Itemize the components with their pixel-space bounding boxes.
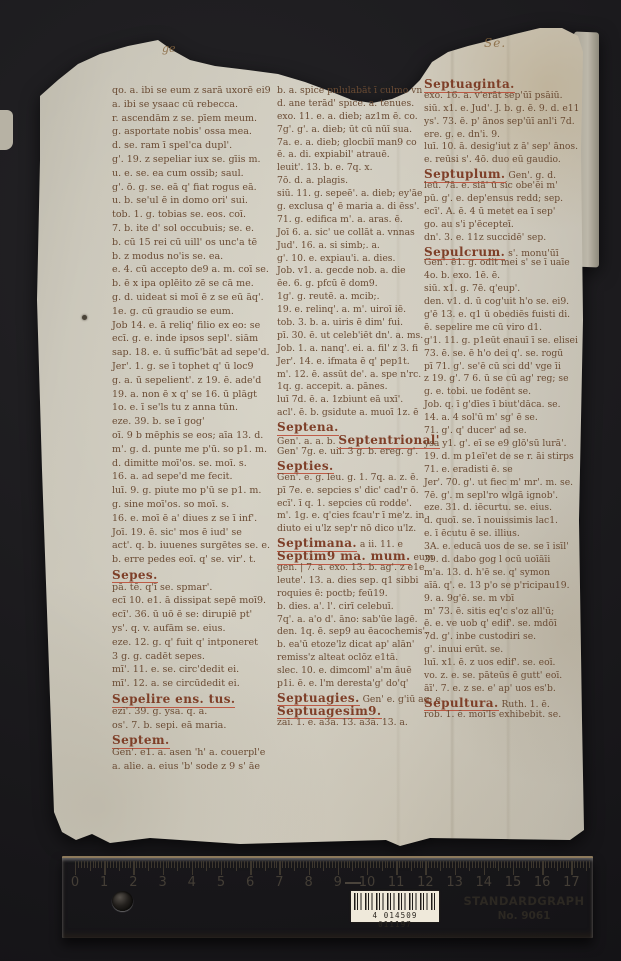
ruler-tick <box>452 861 453 868</box>
ruler-tick <box>125 861 126 868</box>
ruler-model-number: No. 9061 <box>460 910 588 922</box>
entry-text: pū. g'. e. dep'ensus redd; sep. <box>424 193 563 204</box>
entry-text: oī. 9 b mēphis se eos; aīa 13. d. <box>112 430 263 441</box>
ruler-tick <box>458 861 459 868</box>
entry-text: ē. e. ve uob q' edif'. se. mdōī <box>424 618 557 629</box>
ruler-number: 10 <box>359 875 376 890</box>
entry-text: 19. e. relinq'. a. m'. uiroī iē. <box>277 304 406 315</box>
manuscript-line: b. erre pedes eoī. q' se. vir'. t. <box>112 555 274 569</box>
entry-text: mī'. 11. e. se. circ'dedit ei. <box>112 664 239 675</box>
ruler-number: 4 <box>188 875 196 890</box>
entry-text: tob. 3. b. a. uiris ē dim' fui. <box>277 317 403 328</box>
entry-text: leū. 7ā. e. siā' ū sic obe'ēi m' <box>424 180 558 191</box>
entry-text: g'1. 11. g. p1eūt enauī ī se. elisei <box>424 335 578 346</box>
manuscript-line: p1i. ē. e. l'm deresta'g' do'q' <box>277 679 435 692</box>
ruler-number: 13 <box>446 875 463 890</box>
manuscript-line: rob. 1. ē. moī'ls exhibebit. se. <box>424 710 578 723</box>
ruler-tick <box>98 861 99 868</box>
ruler-tick <box>253 861 254 868</box>
entry-text: 3 g. g. cadēt sepes. <box>112 651 205 662</box>
entry-text: āī'. 7. e. z se. e' ap' uos es'b. <box>424 683 556 694</box>
entry-text: luī 7d. ē. a. 1zbiunt eā uxī'. <box>277 394 403 405</box>
entry-text: d. ane terād' spice. a. tenues. <box>277 98 414 109</box>
entry-text: ē. sepelire me cū viro d1. <box>424 322 542 333</box>
ruler-tick <box>487 861 488 868</box>
manuscript-line: Sepes. <box>112 569 274 583</box>
ruler-tick <box>504 861 505 868</box>
entry-text: ecī'. ī q. 1. sepcies cū rodde'. <box>277 498 412 509</box>
ruler-tick <box>440 861 441 871</box>
entry-text: 7ē. g'. m sepl'ro wlgā ignob'. <box>424 490 558 501</box>
barcode-bars-icon <box>354 893 436 910</box>
ruler-tick <box>446 861 447 868</box>
entry-text: Gen'. ē1. g. odit mei s' se ī uaīe <box>424 257 570 268</box>
ruler-tick <box>589 861 590 868</box>
ruler-tick <box>571 861 572 875</box>
ruler-tick <box>481 861 482 868</box>
manuscript-line: g'. ō. g. se. eā q' fiat rogus eā. <box>112 183 274 197</box>
ruler-tick <box>361 861 362 868</box>
entry-text: Gen' 7g. e. uii. 3 g. b. ereg. g'. <box>277 446 418 457</box>
entry-text: g'. inuui erūt. se. <box>424 644 503 655</box>
entry-text: sap. 18. e. ū suffic'bāt ad sepe'd. <box>112 347 270 358</box>
manuscript-line: 16. a. ad sepe'd me fecit. <box>112 472 274 486</box>
entry-text: den. 1q. ē. sep9 au ēacochemis'. <box>277 626 428 637</box>
ruler-tick <box>282 861 283 868</box>
ruler-tick <box>498 861 499 871</box>
ruler-tick <box>411 861 412 871</box>
manuscript-line: qo. a. ibi se eum z sarā uxorē ei9 <box>112 86 274 100</box>
ruler-tick <box>531 861 532 868</box>
ruler-tick <box>335 861 336 868</box>
ruler-tick <box>548 861 549 868</box>
ruler-tick <box>352 861 353 871</box>
ruler-tick <box>145 861 146 868</box>
manuscript-line: g. asportate nobis' ossa mea. <box>112 127 274 141</box>
ruler-tick <box>314 861 315 868</box>
manuscript-line: Septem. <box>112 734 274 748</box>
entry-text: pī 7e. e. sepcies s' dic' cad'r ō. <box>277 485 419 496</box>
ruler-tick <box>306 861 307 868</box>
ruler-tick <box>233 861 234 868</box>
manuscript-line: a. alie. a. eius 'b' sode z 9 s' āe <box>112 762 274 776</box>
ruler-tick <box>262 861 263 868</box>
manuscript-line: zaī. 1. e. a3a. 13. a3ā. 13. a. <box>277 718 435 731</box>
entry-text: 3A. e. educā uos de se. se ī isīl' <box>424 541 569 552</box>
manuscript-line: 19. a. non ē x q' se 16. ū plāgt <box>112 390 274 404</box>
ruler-tick <box>583 861 584 868</box>
manuscript-line: Sepelire ens. tus. <box>112 693 274 707</box>
entry-text: m'a. 13. d. h'ē se. q' symon <box>424 567 550 578</box>
photograph-background: ge Se. qo. a. ibi se eum z sarā uxorē ei… <box>0 0 621 961</box>
ruler-tick <box>536 861 537 868</box>
entry-text: m'. 12. ē. assūt de'. a. spe n'rc. <box>277 369 421 380</box>
manuscript-line: b. ē x ipa oplēito zē se cā me. <box>112 279 274 293</box>
ruler-tick <box>528 861 529 871</box>
ruler-tick <box>507 861 508 868</box>
entry-text: act'. q. b. iuuenes surgētes se. e. <box>112 540 270 551</box>
entry-text: 14. a. 4 sol'ū m' sg' ē se. <box>424 412 538 423</box>
ruler-tick <box>402 861 403 868</box>
entry-text: den. v1. d. ū cog'uit h'o se. ei9. <box>424 296 569 307</box>
ruler-tick <box>206 861 207 871</box>
entry-text: 19. d. m p1eī'et de se r. āi stirps <box>424 451 574 462</box>
ruler-tick <box>151 861 152 868</box>
ruler-tick <box>519 861 520 868</box>
entry-text: exo. 11. e. a. dieb; az1m ē. co. <box>277 111 418 122</box>
manuscript-line: ys'. q. v. aufām se. eius. <box>112 624 274 638</box>
ruler-tick <box>274 861 275 868</box>
manuscript-line: g. d. uideat si moī ē z se eū āq'. <box>112 293 274 307</box>
ruler-tick <box>580 861 581 868</box>
manuscript-line: act'. q. b. iuuenes surgētes se. e. <box>112 541 274 555</box>
ruler-tick <box>174 861 175 868</box>
manuscript-line: g'. 19. z sepeliar iux se. gīis m. <box>112 155 274 169</box>
ruler-tick <box>449 861 450 868</box>
ruler-tick <box>227 861 228 868</box>
ruler-tick <box>312 861 313 868</box>
ruler-tick <box>130 861 131 868</box>
ruler-tick <box>376 861 377 868</box>
ruler-tick <box>577 861 578 868</box>
manuscript-line: d. se. ram ī spel'ca dupl'. <box>112 141 274 155</box>
entry-text: eze. 12. g. q' fuit q' intponeret <box>112 637 258 648</box>
manuscript-line: dn'. 3. e. 11z succidē' sep. <box>424 233 578 246</box>
manuscript-line: a. ibi se ysaac cū rebecca. <box>112 100 274 114</box>
ruler-hanging-hole <box>112 891 133 911</box>
ruler-tick <box>533 861 534 868</box>
ruler-tick <box>358 861 359 868</box>
manuscript-line: 1o. e. ī se'ls tu z anna tūn. <box>112 403 274 417</box>
entry-text: g. e. tobi. ue fodēnt se. <box>424 386 531 397</box>
manuscript-column-left: qo. a. ibi se eum z sarā uxorē ei9a. ibi… <box>112 86 274 776</box>
ruler-tick <box>545 861 546 868</box>
entry-text: 4o. b. exo. 1ē. ē. <box>424 270 500 281</box>
ruler-tick <box>405 861 406 868</box>
ruler-tick <box>171 861 172 868</box>
manuscript-line: 16. e. moī ē a' diues z se ī inf'. <box>112 514 274 528</box>
ruler-tick <box>317 861 318 868</box>
ruler-tick <box>443 861 444 868</box>
entry-text: zaī. 1. e. a3a. 13. a3ā. 13. a. <box>277 717 408 728</box>
entry-text: Joī 6. a. sic' ue collāt a. vnnas <box>277 227 415 238</box>
ruler-tick <box>183 861 184 868</box>
ruler-dash-mark <box>345 882 361 884</box>
manuscript-line: d. dimitte moī'os. se. moī. s. <box>112 459 274 473</box>
entry-text: mī'. 12. a. se circūdedit ei. <box>112 678 240 689</box>
entry-text: 71. g'. q' ducer' ad se. <box>424 425 527 436</box>
ruler-tick <box>542 861 543 875</box>
ruler-tick <box>408 861 409 868</box>
entry-text: 7a. e. a. dieb; glocbiī man9 co <box>277 137 417 148</box>
ruler-number: 7 <box>275 875 283 890</box>
ruler-tick <box>349 861 350 868</box>
entry-text: Jud'. 16. a. si simb;. a. <box>277 240 380 251</box>
ruler-tick <box>513 861 514 875</box>
entry-text: g. sine moī'os. so moī. s. <box>112 499 229 510</box>
ruler-tick <box>104 861 105 875</box>
entry-text: 19. a. non ē x q' se 16. ū plāgt <box>112 389 257 400</box>
manuscript-line: mī'. 11. e. se. circ'dedit ei. <box>112 665 274 679</box>
ruler-tick <box>224 861 225 868</box>
entry-text: g'. ō. g. se. eā q' fiat rogus eā. <box>112 182 257 193</box>
ruler-tick <box>294 861 295 871</box>
ruler-tick <box>203 861 204 868</box>
ruler-tick <box>209 861 210 868</box>
ruler-tick <box>81 861 82 868</box>
entry-text: 73. ē. se. ē h'o dei q'. se. rogū <box>424 348 563 359</box>
entry-text: g. exclusa q' ē maria a. di ēss'. <box>277 201 419 212</box>
manuscript-line: mī'. 12. a. se circūdedit ei. <box>112 679 274 693</box>
entry-text: pā. tē. q'ī se. spmar'. <box>112 582 212 593</box>
ruler-tick <box>95 861 96 868</box>
manuscript-line: tob. 1. g. tobias se. eos. coī. <box>112 210 274 224</box>
manuscript-line: Job 14. e. ā reliq' filio ex eo: se <box>112 321 274 335</box>
ruler-tick <box>250 861 251 875</box>
ruler-tick <box>586 861 587 871</box>
entry-text: slec. 10. e. dimcoml' a'm āuē <box>277 665 412 676</box>
ruler-tick <box>554 861 555 868</box>
manuscript-line: 1e. g. cū graudio se eum. <box>112 307 274 321</box>
entry-text: pī. 30. ē. ut celeb'iēt dn'. a. ms. <box>277 330 423 341</box>
ruler-tick <box>268 861 269 868</box>
entry-text: 9. a. 9g'ē. se. m vbī <box>424 593 514 604</box>
ruler-tick <box>288 861 289 868</box>
entry-text: 1o. e. ī se'ls tu z anna tūn. <box>112 402 238 413</box>
manuscript-line: Septuagies. Gen' e. g'iū ag. e <box>277 692 435 705</box>
ruler-tick <box>259 861 260 868</box>
manuscript-line: Joī. 19. ē. sic' mos ē iud' se <box>112 528 274 542</box>
entry-text: Job 14. e. ā reliq' filio ex eo: se <box>112 320 260 331</box>
ruler-number: 2 <box>129 875 137 890</box>
entry-text: ecī. g. e. inde ipsos sepl'. siām <box>112 333 258 344</box>
ruler-number: 16 <box>534 875 551 890</box>
entry-text: siū. x1. g. 7ē. q'eup'. <box>424 283 520 294</box>
manuscript-line: ecī'. 36. ū uō ē se: dirupiē pt' <box>112 610 274 624</box>
ruler-tick <box>309 861 310 875</box>
ruler-barcode: 4 014509 011197 <box>351 891 439 922</box>
ruler-tick <box>107 861 108 868</box>
entry-text: r. ascendām z se. pīem meum. <box>112 113 257 124</box>
ruler-tick <box>241 861 242 868</box>
manuscript-line: 7. b. ite d' sol occubuis; se. e. <box>112 224 274 238</box>
ruler-tick <box>230 861 231 868</box>
ruler-number: 8 <box>304 875 312 890</box>
ruler-tick <box>276 861 277 868</box>
entry-text: ēe. 6. g. pfcū ē dom9. <box>277 278 378 289</box>
entry-text: 1e. g. cū graudio se eum. <box>112 306 234 317</box>
entry-text: 7d. g'. inbe custodiri se. <box>424 631 536 642</box>
entry-text: d. se. ram ī spel'ca dupl'. <box>112 140 232 151</box>
ruler-tick <box>157 861 158 868</box>
ruler-tick <box>195 861 196 868</box>
entry-text: diuto ei u'lz sep'r nō dico u'lz. <box>277 523 416 534</box>
entry-text: ys'. 73. ē. p' ānos sep'ūī anl'i 7d. <box>424 116 575 127</box>
ruler-number: 17 <box>563 875 580 890</box>
ruler-tick <box>493 861 494 868</box>
ruler-tick <box>551 861 552 868</box>
ruler-tick <box>148 861 149 871</box>
manuscript-line: b. z modus no'is se. ea. <box>112 252 274 266</box>
ruler-tick <box>367 861 368 875</box>
ruler-tick <box>338 861 339 875</box>
entry-text: acl'. ē. b. gsidute a. muoī 1z. ē <box>277 407 419 418</box>
entry-text: vo. z. e. se. pāteūs ē gutt' eoī. <box>424 670 562 681</box>
entry-text: 16. e. moī ē a' diues z se ī inf'. <box>112 513 257 524</box>
ruler-tick <box>390 861 391 868</box>
ruler-tick <box>355 861 356 868</box>
entry-text: Job. v1. a. gecde nob. a. die <box>277 265 406 276</box>
manuscript-line: os'. 7. b. sepi. eā maria. <box>112 721 274 735</box>
ruler-tick <box>341 861 342 868</box>
ruler-tick <box>522 861 523 868</box>
ruler-tick <box>478 861 479 868</box>
entry-text: gen. | 7. a. exo. 13. b. ag'. z e1e <box>277 562 424 573</box>
entry-text: 71. e. eradisti ē. se <box>424 464 513 475</box>
ruler-tick <box>297 861 298 868</box>
entry-text: pī 71. g'. se'ē cū sci dd' vge īi <box>424 361 561 372</box>
entry-text: u. b. se'ul ē in domo ori' sui. <box>112 195 248 206</box>
entry-text: b. ea'ū etoze'lz dicat ap' alān' <box>277 639 414 650</box>
entry-text: qo. a. ibi se eum z sarā uxorē ei9 <box>112 85 271 96</box>
ruler-tick <box>387 861 388 868</box>
ruler-number: 5 <box>217 875 225 890</box>
entry-text: ys'. q. v. aufām se. eius. <box>112 623 226 634</box>
ruler: 01234567891011121314151617 4 014509 0111… <box>62 856 593 938</box>
entry-text: luī. 9. g. piute mo p'ū se p1. m. <box>112 485 261 496</box>
ruler-number: 15 <box>505 875 522 890</box>
manuscript-line: u. b. se'ul ē in domo ori' sui. <box>112 196 274 210</box>
ruler-tick <box>370 861 371 868</box>
ruler-tick <box>166 861 167 868</box>
ruler-tick <box>428 861 429 868</box>
entry-text: go. au s'i p'ēcepteī. <box>424 219 514 230</box>
wormhole-spot <box>82 315 87 320</box>
entry-text: rob. 1. ē. moī'ls exhibebit. se. <box>424 709 561 720</box>
manuscript-line: m'. g. d. punte me p'ū. so p1. m. <box>112 445 274 459</box>
ruler-tick <box>139 861 140 868</box>
ruler-tick <box>475 861 476 868</box>
ruler-tick <box>385 861 386 868</box>
ruler-tick <box>101 861 102 868</box>
ruler-number: 6 <box>246 875 254 890</box>
manuscript-column-right: Septuaginta.exo. 16. a. v'erāt sep'ūī ps… <box>424 78 578 723</box>
ruler-tick <box>344 861 345 868</box>
ruler-tick <box>303 861 304 868</box>
ruler-tick <box>516 861 517 868</box>
ruler-tick <box>332 861 333 868</box>
entry-text: siū. 11. g. sepeē'. a. dieb; ey'āe <box>277 188 422 199</box>
entry-text: ecī 10. e1. ā dissipat sepē moī9. <box>112 595 266 606</box>
entry-text: e. ī ēcutu ē se. illius. <box>424 528 520 539</box>
running-header-right: Se. <box>484 36 506 50</box>
ruler-tick <box>466 861 467 868</box>
ruler-tick <box>163 861 164 875</box>
ruler-tick <box>168 861 169 868</box>
ruler-tick <box>93 861 94 868</box>
entry-text: a. alie. a. eius 'b' sode z 9 s' āe <box>112 761 260 772</box>
ruler-tick <box>84 861 85 868</box>
entry-text: ecī'. 36. ū uō ē se: dirupiē pt' <box>112 609 252 620</box>
manuscript-line: eze. 12. g. q' fuit q' intponeret <box>112 638 274 652</box>
entry-text: Gen'. e. g. leu. g. 1. 7q. a. z. ē. <box>277 472 419 483</box>
entry-text: exo. 16. a. v'erāt sep'ūī psāiū. <box>424 90 563 101</box>
ruler-tick <box>566 861 567 868</box>
ruler-number: 14 <box>476 875 493 890</box>
ruler-tick <box>110 861 111 868</box>
ruler-tick <box>563 861 564 868</box>
entry-text: m' 73. ē. sitis eq'c s'oz all'ū; <box>424 606 554 617</box>
ruler-number: 12 <box>417 875 434 890</box>
ruler-tick <box>154 861 155 868</box>
manuscript-column-middle: b. a. spice pnlulabāt ī culmo vnd. ane t… <box>277 86 435 731</box>
ruler-tick <box>300 861 301 868</box>
entry-text: roquies ē: poctb; feū19. <box>277 588 388 599</box>
ruler-tick <box>218 861 219 868</box>
ruler-tick <box>510 861 511 868</box>
entry-text: 7ō. d. a. plagis. <box>277 175 348 186</box>
ruler-tick <box>122 861 123 868</box>
manuscript-line: Gen' 7g. e. uii. 3 g. b. ereg. g'. <box>277 447 435 460</box>
entry-text: ysa y1. g'. eī se e9 glō'sū lurā'. <box>424 438 567 449</box>
entry-text: g'. 19. z sepeliar iux se. gīis m. <box>112 154 261 165</box>
ruler-tick <box>189 861 190 868</box>
ruler-tick <box>244 861 245 868</box>
ruler-tick <box>420 861 421 868</box>
ruler-tick <box>422 861 423 868</box>
manuscript-line: b. cū 15 rei cū uill' os unc'a tē <box>112 238 274 252</box>
entry-text: m'. 1g. e. q'cies fcau'r ī me'z. in <box>277 510 424 521</box>
ruler-tick <box>560 861 561 868</box>
entry-text: g. asportate nobis' ossa mea. <box>112 126 252 137</box>
ruler-tick <box>247 861 248 868</box>
entry-text: 71. g. edifica m'. a. aras. ē. <box>277 214 403 225</box>
manuscript-line: u. e. se. ea cum ossib; saul. <box>112 169 274 183</box>
barcode-digits: 4 014509 011197 <box>354 911 436 929</box>
ruler-tick <box>236 861 237 871</box>
ruler-tick <box>347 861 348 868</box>
ruler-tick <box>501 861 502 868</box>
manuscript-line: ecī. g. e. inde ipsos sepl'. siām <box>112 334 274 348</box>
running-header-left: ge <box>162 42 176 55</box>
entry-text: 7q'. a. a'o d'. āno: sab'ūe lagē. <box>277 614 418 625</box>
manuscript-line: oī. 9 b mēphis se eos; aīa 13. d. <box>112 431 274 445</box>
manuscript-line: g. sine moī'os. so moī. s. <box>112 500 274 514</box>
ruler-tick <box>142 861 143 868</box>
ruler-tick <box>414 861 415 868</box>
ruler-tick <box>285 861 286 868</box>
manuscript-line: e. 4. cū accepto de9 a. m. coī se. <box>112 265 274 279</box>
entry-text: leuit'. 13. b. e. 7q. x. <box>277 162 373 173</box>
ruler-tick <box>484 861 485 875</box>
ruler-tick <box>136 861 137 868</box>
ruler-tick <box>434 861 435 868</box>
entry-text: d. quoī. se. ī nouissimis lac1. <box>424 515 558 526</box>
ruler-tick <box>113 861 114 868</box>
ruler-tick <box>291 861 292 868</box>
ruler-number: 3 <box>158 875 166 890</box>
entry-text: ē. a. di. expiabil' atrauē. <box>277 149 390 160</box>
ruler-tick <box>455 861 456 875</box>
ruler-tick <box>472 861 473 868</box>
ruler-tick <box>437 861 438 868</box>
manuscript-line: luī. 9. g. piute mo p'ū se p1. m. <box>112 486 274 500</box>
ruler-tick <box>212 861 213 868</box>
entry-text: 1q. g. accepit. a. pānes. <box>277 381 388 392</box>
ruler-tick <box>75 861 76 875</box>
manuscript-line: āī'. 7. e. z se. e' ap' uos es'b. <box>424 684 578 697</box>
entry-text: b. z modus no'is se. ea. <box>112 251 223 262</box>
